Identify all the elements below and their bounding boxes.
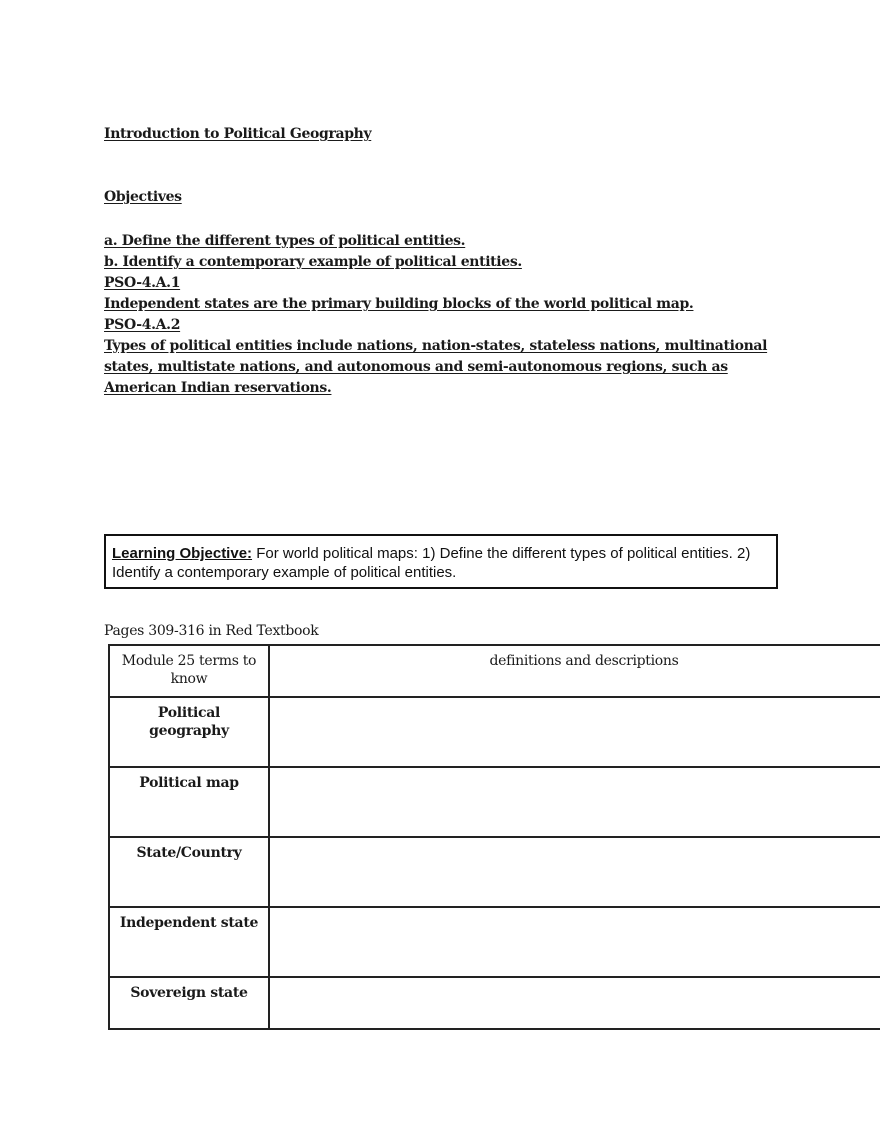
standard-description: Types of political entities include nati…	[104, 336, 794, 399]
learning-objective-label: Learning Objective:	[112, 545, 252, 562]
definition-cell[interactable]	[269, 837, 880, 907]
learning-objective-box: Learning Objective: For world political …	[104, 534, 778, 589]
term-cell: Political map	[109, 767, 269, 837]
document-title: Introduction to Political Geography	[104, 126, 371, 142]
definition-cell[interactable]	[269, 697, 880, 767]
standard-description: Independent states are the primary build…	[104, 294, 794, 315]
objective-item: a. Define the different types of politic…	[104, 231, 794, 252]
objectives-list: a. Define the different types of politic…	[104, 231, 794, 399]
table-row: Sovereign state	[109, 977, 880, 1029]
objective-item: b. Identify a contemporary example of po…	[104, 252, 794, 273]
definition-cell[interactable]	[269, 977, 880, 1029]
term-cell: Independent state	[109, 907, 269, 977]
definition-cell[interactable]	[269, 767, 880, 837]
table-row: Political map	[109, 767, 880, 837]
table-row: Political geography	[109, 697, 880, 767]
objectives-heading: Objectives	[104, 189, 182, 205]
terms-table: Module 25 terms to know definitions and …	[108, 644, 880, 1030]
term-cell: Sovereign state	[109, 977, 269, 1029]
header-terms: Module 25 terms to know	[109, 645, 269, 697]
standard-code: PSO-4.A.1	[104, 273, 794, 294]
definition-cell[interactable]	[269, 907, 880, 977]
standard-code: PSO-4.A.2	[104, 315, 794, 336]
term-cell: Political geography	[109, 697, 269, 767]
table-row: Independent state	[109, 907, 880, 977]
table-row: State/Country	[109, 837, 880, 907]
header-definitions: definitions and descriptions	[269, 645, 880, 697]
textbook-pages-note: Pages 309-316 in Red Textbook	[104, 623, 319, 639]
table-header-row: Module 25 terms to know definitions and …	[109, 645, 880, 697]
term-cell: State/Country	[109, 837, 269, 907]
